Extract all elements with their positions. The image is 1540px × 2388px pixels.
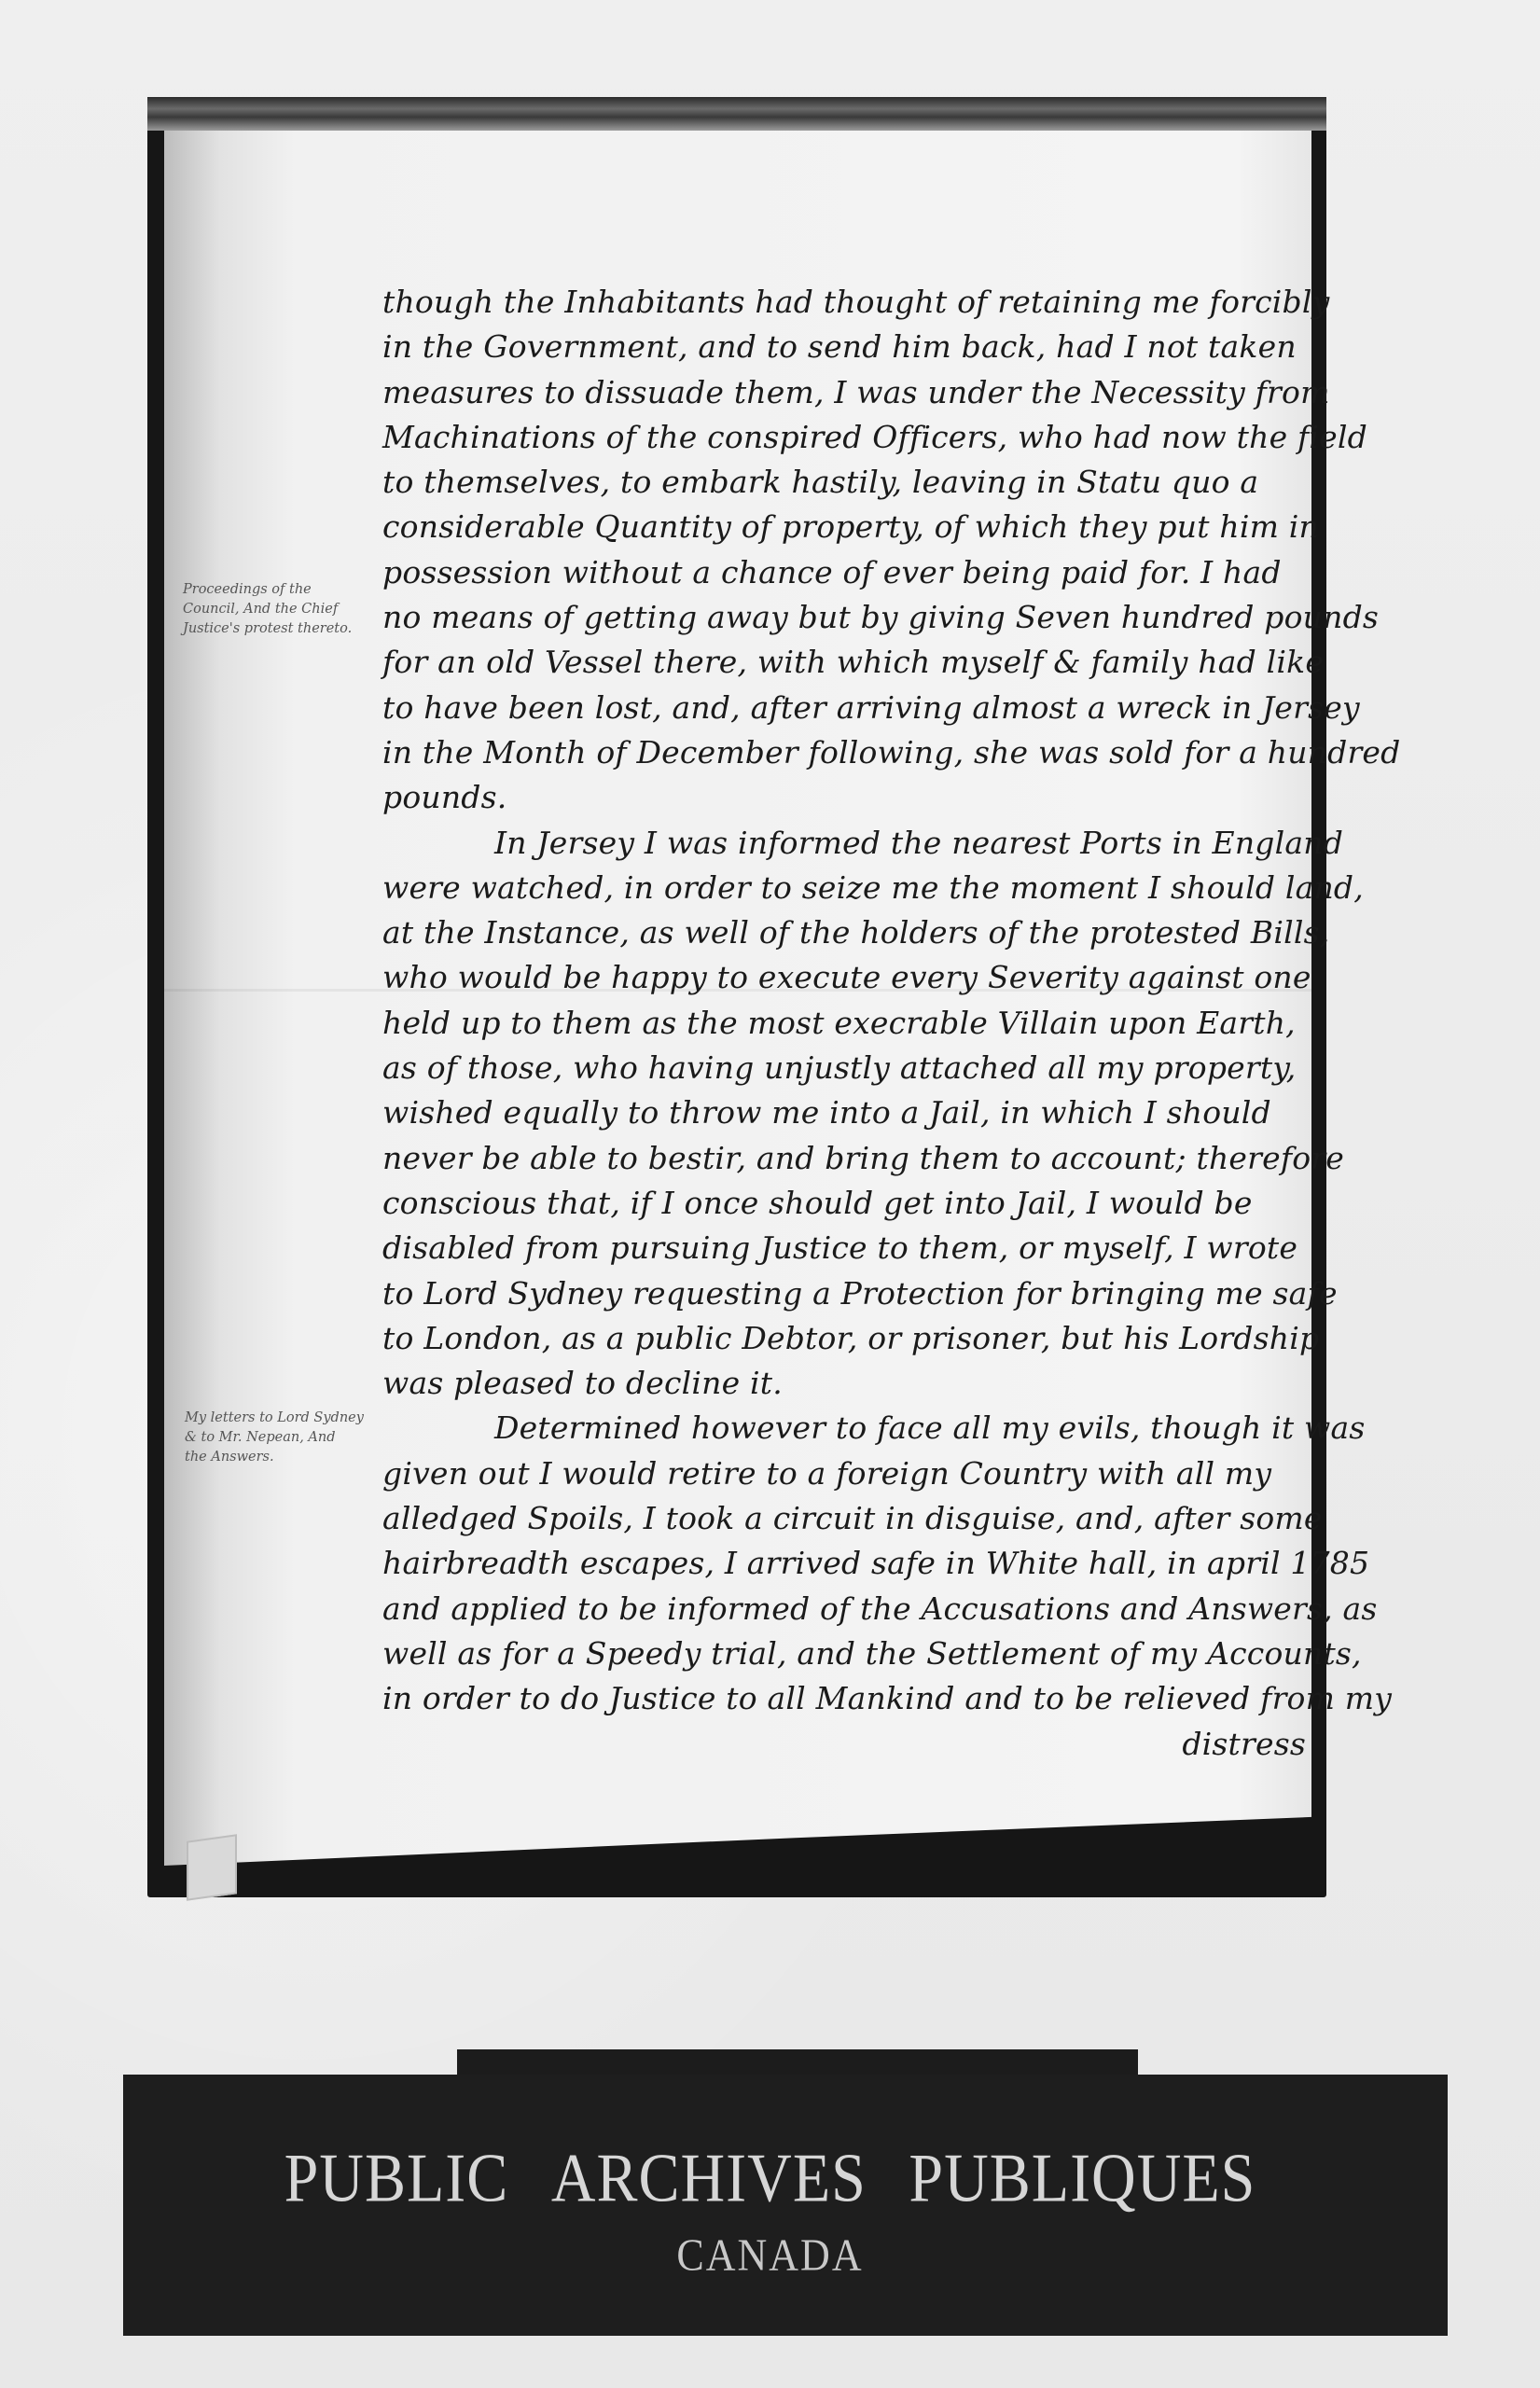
banner-title-word: ARCHIVES [551, 2141, 867, 2217]
text-line: in the Month of December following, she … [382, 730, 1334, 775]
text-line: never be able to bestir, and bring them … [382, 1136, 1334, 1181]
text-line: well as for a Speedy trial, and the Sett… [382, 1631, 1334, 1676]
paragraph-2: In Jersey I was informed the nearest Por… [382, 821, 1334, 1407]
text-line: disabled from pursuing Justice to them, … [382, 1226, 1334, 1270]
text-line: in order to do Justice to all Mankind an… [382, 1676, 1334, 1721]
margin-note-line: My letters to Lord Sydney [185, 1409, 385, 1428]
frame-top-edge [147, 97, 1326, 131]
catchword: distress [382, 1722, 1334, 1767]
banner-title-word: PUBLIC [284, 2141, 509, 2217]
margin-note-line: Council, And the Chief [183, 600, 383, 619]
text-line: to have been lost, and, after arriving a… [382, 686, 1334, 730]
margin-note-proceedings: Proceedings of the Council, And the Chie… [183, 580, 383, 639]
text-line: Machinations of the conspired Officers, … [382, 415, 1334, 460]
manuscript-body: though the Inhabitants had thought of re… [382, 280, 1334, 1767]
text-line: wished equally to throw me into a Jail, … [382, 1090, 1334, 1135]
margin-note-line: & to Mr. Nepean, And [185, 1428, 385, 1448]
text-line: in the Government, and to send him back,… [382, 325, 1334, 369]
text-line: no means of getting away but by giving S… [382, 595, 1334, 640]
text-line: measures to dissuade them, I was under t… [382, 370, 1334, 415]
margin-note-letters: My letters to Lord Sydney & to Mr. Nepea… [185, 1409, 385, 1467]
margin-note-line: Justice's protest thereto. [183, 619, 383, 639]
text-line: given out I would retire to a foreign Co… [382, 1451, 1334, 1496]
text-line: and applied to be informed of the Accusa… [382, 1587, 1334, 1631]
page-corner-mount [187, 1834, 237, 1901]
archive-banner-title: PUBLIC ARCHIVES PUBLIQUES [0, 2139, 1540, 2218]
text-line: In Jersey I was informed the nearest Por… [382, 821, 1334, 866]
text-line: who would be happy to execute every Seve… [382, 955, 1334, 1000]
text-line: possession without a chance of ever bein… [382, 550, 1334, 595]
text-line: pounds. [382, 775, 1334, 820]
text-line: were watched, in order to seize me the m… [382, 866, 1334, 910]
text-line: as of those, who having unjustly attache… [382, 1046, 1334, 1090]
text-line: though the Inhabitants had thought of re… [382, 280, 1334, 325]
text-line: at the Instance, as well of the holders … [382, 910, 1334, 955]
text-line: to themselves, to embark hastily, leavin… [382, 460, 1334, 505]
text-line: to Lord Sydney requesting a Protection f… [382, 1271, 1334, 1316]
text-line: held up to them as the most execrable Vi… [382, 1001, 1334, 1046]
text-line: for an old Vessel there, with which myse… [382, 640, 1334, 685]
text-line: considerable Quantity of property, of wh… [382, 505, 1334, 549]
margin-note-line: the Answers. [185, 1448, 385, 1467]
paragraph-1: though the Inhabitants had thought of re… [382, 280, 1334, 821]
text-line: was pleased to decline it. [382, 1361, 1334, 1406]
text-line: alledged Spoils, I took a circuit in dis… [382, 1496, 1334, 1541]
archive-banner-subtitle: CANADA [0, 2228, 1540, 2281]
margin-note-line: Proceedings of the [183, 580, 383, 600]
text-line: Determined however to face all my evils,… [382, 1406, 1334, 1451]
banner-title-word: PUBLIQUES [909, 2141, 1256, 2217]
text-line: hairbreadth escapes, I arrived safe in W… [382, 1541, 1334, 1586]
paragraph-3: Determined however to face all my evils,… [382, 1406, 1334, 1721]
text-line: to London, as a public Debtor, or prison… [382, 1316, 1334, 1361]
text-line: conscious that, if I once should get int… [382, 1181, 1334, 1226]
